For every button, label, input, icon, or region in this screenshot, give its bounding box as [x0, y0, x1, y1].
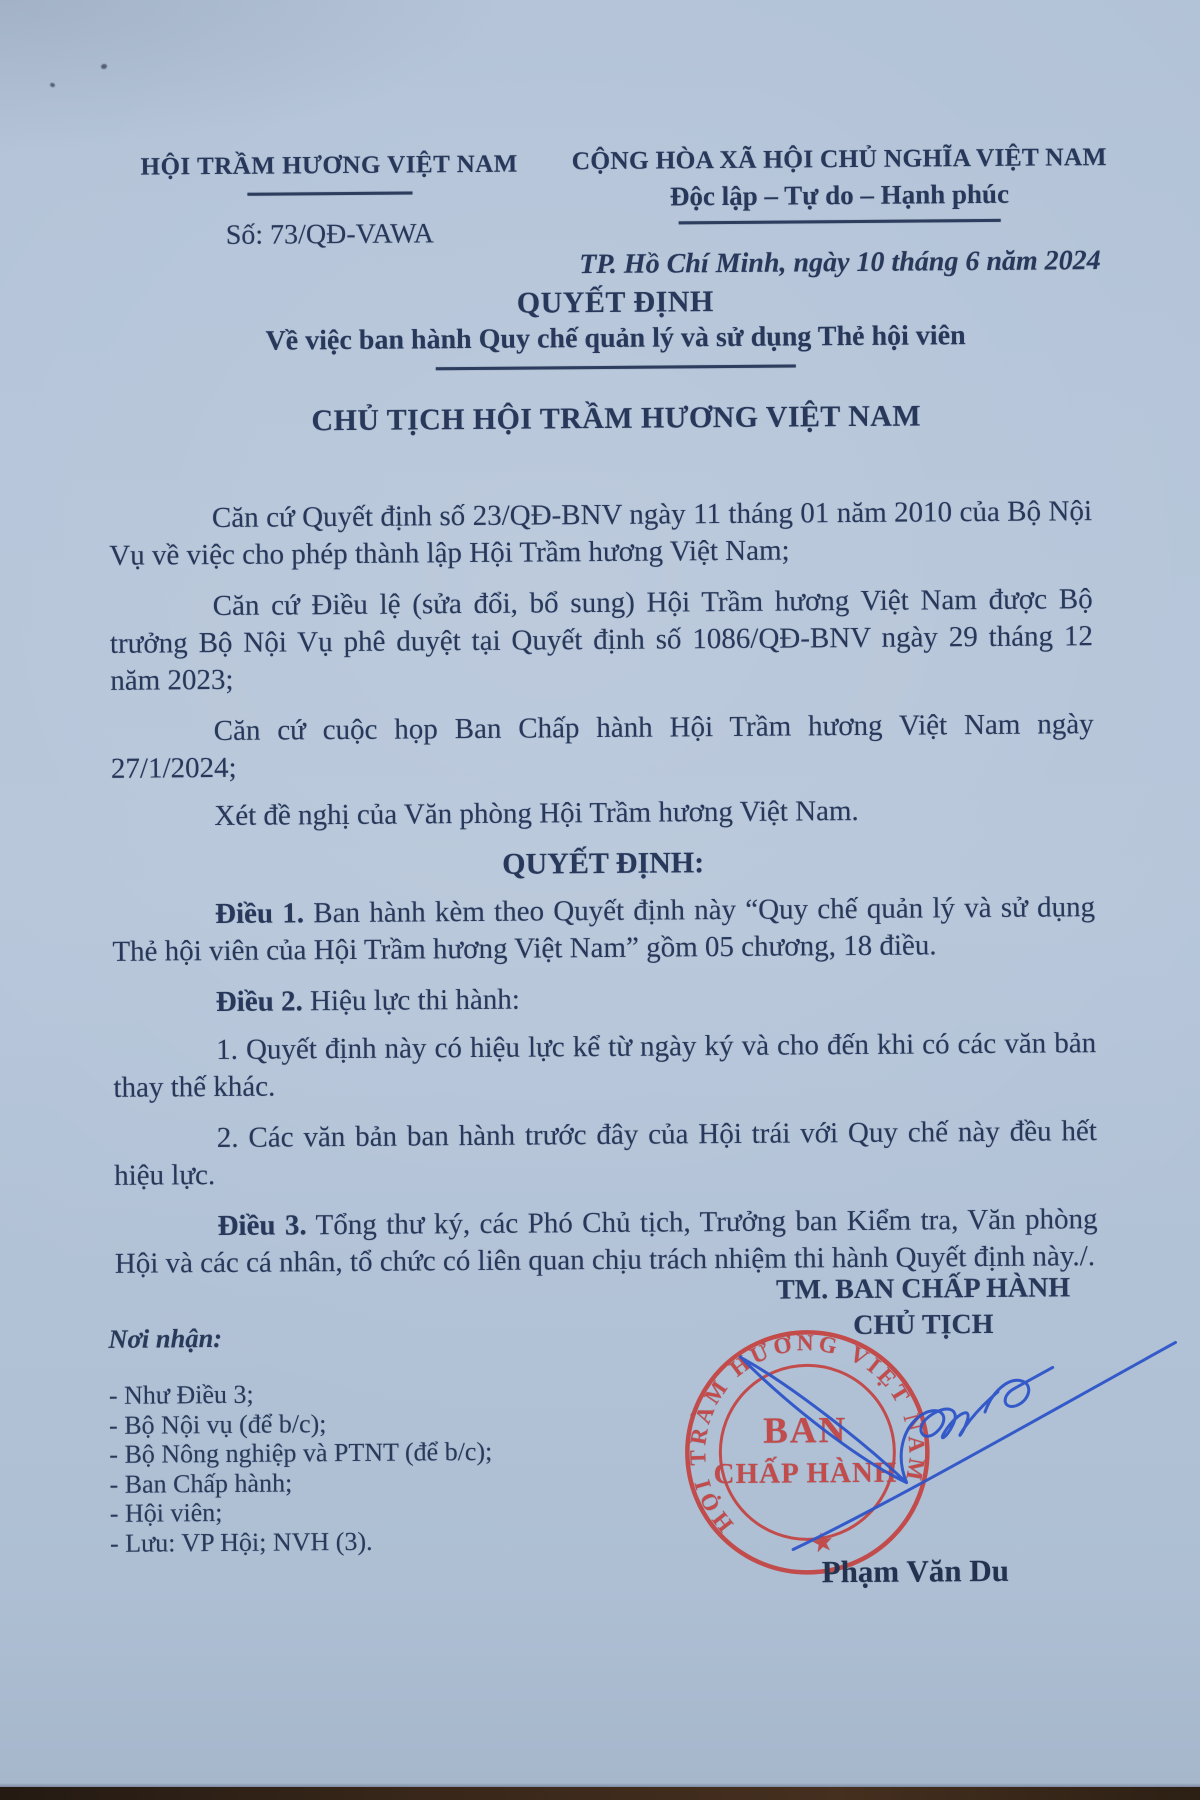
- on-behalf-line: TM. BAN CHẤP HÀNH: [703, 1272, 1143, 1307]
- article-label: Điều 1.: [215, 897, 304, 930]
- recipients-list: - Như Điều 3; - Bộ Nội vụ (để b/c); - Bộ…: [109, 1377, 540, 1557]
- preamble-paragraph: Xét đề nghị của Văn phòng Hội Trầm hương…: [111, 791, 1094, 836]
- org-name-underline: [247, 191, 412, 195]
- preamble-paragraph: Căn cứ Điều lệ (sửa đổi, bổ sung) Hội Tr…: [110, 581, 1094, 700]
- recipient-item: - Ban Chấp hành;: [109, 1466, 539, 1499]
- subject-underline: [436, 364, 796, 370]
- signer-name: Phạm Văn Du: [760, 1552, 1070, 1590]
- scanned-document-photo: HỘI TRẦM HƯƠNG VIỆT NAM Số: 73/QĐ-VAWA C…: [0, 0, 1200, 1800]
- recipient-item: - Hội viên;: [110, 1495, 540, 1528]
- document-number: Số: 73/QĐ-VAWA: [135, 218, 525, 253]
- article-text: Hiệu lực thi hành:: [303, 984, 520, 1018]
- article-label: Điều 2.: [216, 985, 303, 1018]
- signature-flourish: [985, 1367, 1053, 1412]
- article-2: Điều 2. Hiệu lực thi hành:: [113, 977, 1096, 1022]
- signature-pen-loop: [740, 1355, 907, 1484]
- article-label: Điều 3.: [217, 1209, 306, 1242]
- recipient-item: - Bộ Nội vụ (để b/c);: [109, 1407, 539, 1440]
- motto-underline: [679, 219, 1001, 225]
- preamble-paragraph: Căn cứ Quyết định số 23/QĐ-BNV ngày 11 t…: [109, 493, 1093, 575]
- document-type-title: QUYẾT ĐỊNH: [15, 281, 1200, 324]
- clause-paragraph: 1. Quyết định này có hiệu lực kể từ ngày…: [113, 1025, 1097, 1107]
- signature-long-stroke: [792, 1342, 1178, 1549]
- clause-paragraph: 2. Các văn bản ban hành trước đây của Hộ…: [114, 1113, 1098, 1195]
- title-block: QUYẾT ĐỊNH Về việc ban hành Quy chế quản…: [15, 281, 1200, 440]
- document-subject: Về việc ban hành Quy chế quản lý và sử d…: [15, 318, 1200, 359]
- recipient-item: - Lưu: VP Hội; NVH (3).: [110, 1525, 540, 1558]
- table-surface: [0, 1787, 1200, 1800]
- recipient-item: - Như Điều 3;: [109, 1377, 539, 1410]
- document-body: Căn cứ Quyết định số 23/QĐ-BNV ngày 11 t…: [109, 476, 1098, 1283]
- recipient-item: - Bộ Nông nghiệp và PTNT (để b/c);: [109, 1436, 539, 1469]
- handwritten-signature: [679, 1328, 1200, 1567]
- recipients-label: Nơi nhận:: [108, 1320, 538, 1354]
- preamble-paragraph: Căn cứ cuộc họp Ban Chấp hành Hội Trầm h…: [111, 706, 1095, 788]
- place-and-date: TP. Hồ Chí Minh, ngày 10 tháng 6 năm 202…: [560, 245, 1120, 281]
- issuing-org-name: HỘI TRẦM HƯƠNG VIỆT NAM: [134, 151, 524, 182]
- decision-heading: QUYẾT ĐỊNH:: [112, 841, 1095, 886]
- header-left-block: HỘI TRẦM HƯƠNG VIỆT NAM Số: 73/QĐ-VAWA: [134, 151, 525, 253]
- article-1: Điều 1. Ban hành kèm theo Quyết định này…: [112, 889, 1096, 971]
- article-3: Điều 3. Tổng thư ký, các Phó Chủ tịch, T…: [114, 1201, 1098, 1283]
- recipients-block: Nơi nhận: - Như Điều 3; - Bộ Nội vụ (để …: [108, 1320, 540, 1557]
- issuer-title: CHỦ TỊCH HỘI TRẦM HƯƠNG VIỆT NAM: [16, 397, 1200, 440]
- national-title: CỘNG HÒA XÃ HỘI CHỦ NGHĨA VIỆT NAM: [559, 142, 1119, 176]
- document-content: HỘI TRẦM HƯƠNG VIỆT NAM Số: 73/QĐ-VAWA C…: [0, 0, 1200, 1800]
- national-motto: Độc lập – Tự do – Hạnh phúc: [559, 178, 1119, 213]
- header-right-block: CỘNG HÒA XÃ HỘI CHỦ NGHĨA VIỆT NAM Độc l…: [559, 142, 1120, 281]
